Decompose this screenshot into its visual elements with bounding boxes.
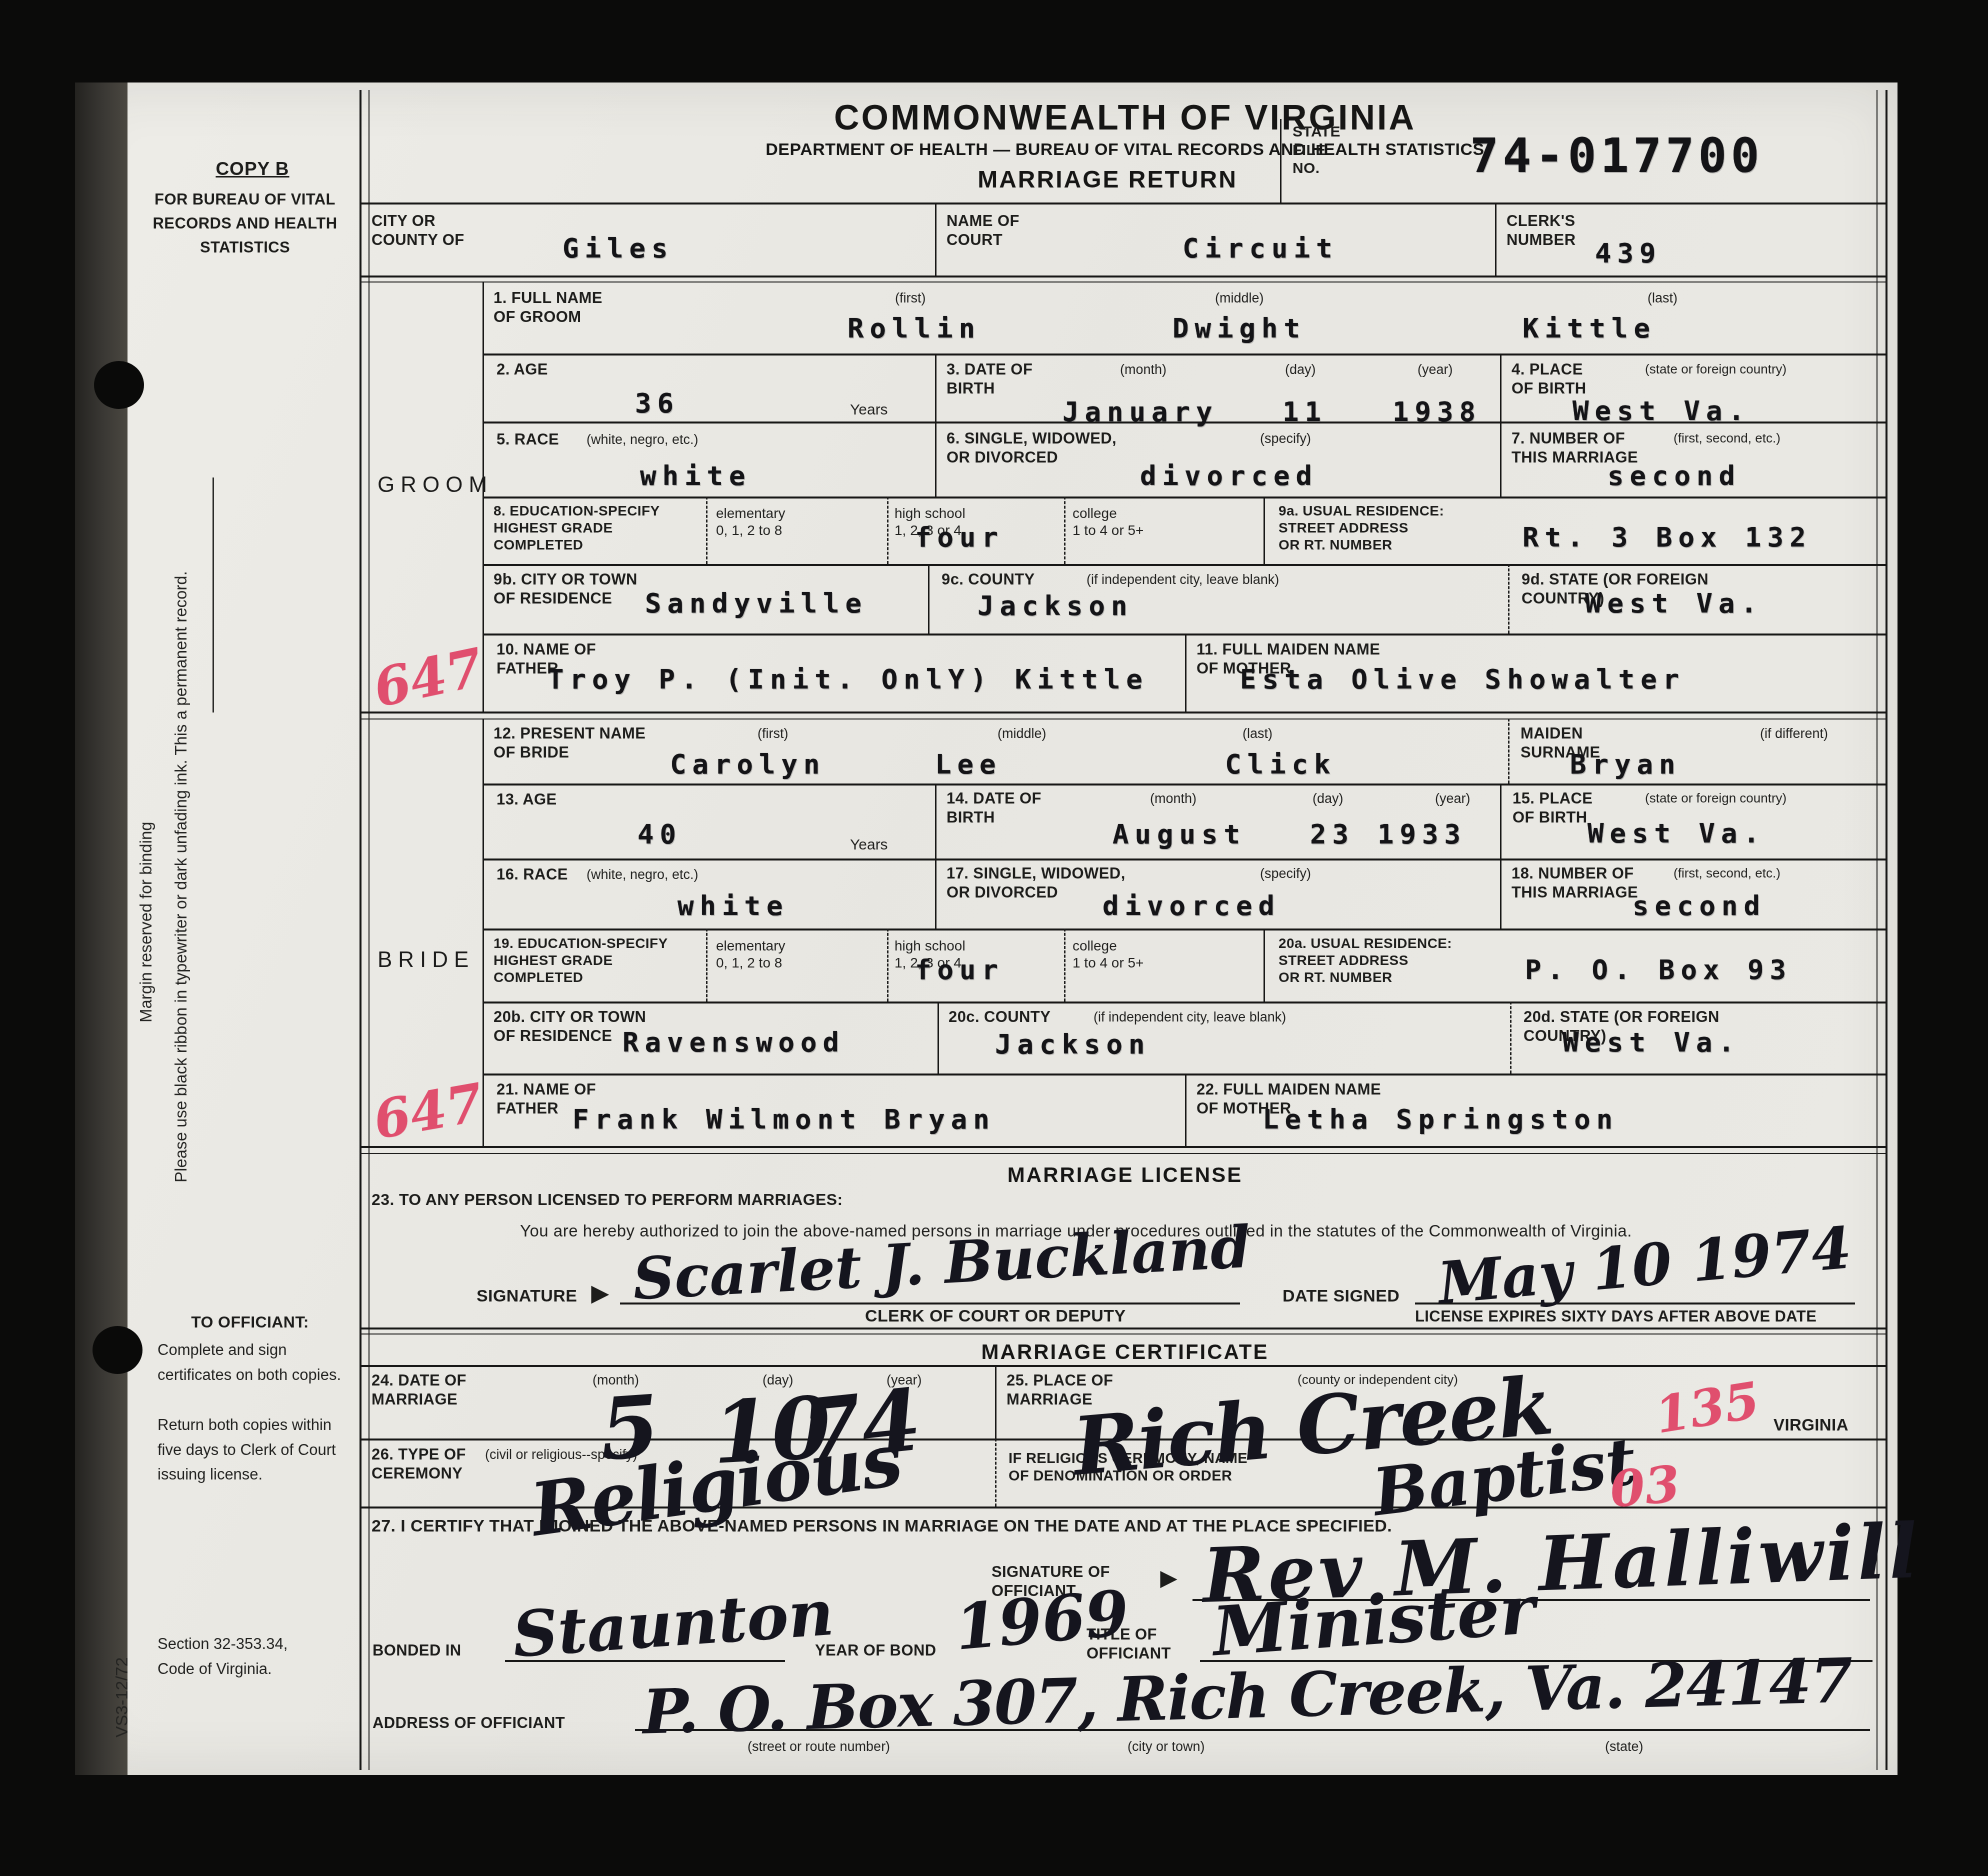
field-groom-pob: West Va.: [1572, 397, 1750, 424]
officiant-note-1: Complete and sign certificates on both c…: [157, 1337, 347, 1387]
groom-age-unit: Years: [850, 401, 888, 419]
scanned-marriage-return: { "left_margin": { "copy_title": "COPY B…: [0, 0, 1988, 1876]
groom-edu-elementary: elementary 0, 1, 2 to 8: [716, 505, 785, 538]
field-bonded-in: Staunton: [511, 1585, 835, 1663]
field-groom-state: West Va.: [1585, 590, 1763, 617]
state-file-label: STATE FILE NO.: [1292, 123, 1340, 178]
bride-county-label: 20c. COUNTY: [948, 1007, 1050, 1026]
field-court: Circuit: [1182, 235, 1338, 262]
address-label: ADDRESS OF OFFICIANT: [372, 1713, 565, 1732]
field-bride-dob-day: 23: [1310, 821, 1354, 848]
bride-name-label: 12. PRESENT NAME OF BRIDE: [493, 724, 645, 762]
bride-number-label: 18. NUMBER OF THIS MARRIAGE: [1511, 864, 1638, 902]
field-groom-mother: Esta Olive Showalter: [1240, 666, 1685, 693]
bride-first-hint: (first): [757, 725, 788, 741]
groom-name-label: 1. FULL NAME OF GROOM: [493, 288, 602, 326]
form-left-border-inner: [368, 90, 369, 1770]
bride-race-label: 16. RACE: [496, 865, 568, 884]
bride-number-hint: (first, second, etc.): [1673, 865, 1780, 881]
officiant-note-2: Return both copies within five days to C…: [157, 1412, 347, 1487]
bride-status-label: 17. SINGLE, WIDOWED, OR DIVORCED: [946, 864, 1125, 902]
document-paper: COPY B FOR BUREAU OF VITAL RECORDS AND H…: [75, 82, 1897, 1775]
field-bride-last: Click: [1225, 751, 1336, 778]
groom-race-label: 5. RACE: [496, 430, 559, 449]
copy-subtitle: FOR BUREAU OF VITAL RECORDS AND HEALTH S…: [135, 187, 355, 259]
field-groom-residence: Rt. 3 Box 132: [1522, 524, 1812, 551]
bride-dob-label: 14. DATE OF BIRTH: [946, 789, 1041, 827]
groom-status-label: 6. SINGLE, WIDOWED, OR DIVORCED: [946, 429, 1116, 467]
denomination-code: 03: [1608, 1461, 1681, 1512]
field-groom-father: Troy P. (Init. OnlY) Kittle: [547, 666, 1148, 693]
field-bride-county: Jackson: [995, 1031, 1151, 1058]
bride-maiden-hint: (if different): [1760, 725, 1828, 741]
field-bride-dob-month: August: [1112, 821, 1246, 848]
field-clerk-number: 439: [1595, 240, 1662, 267]
groom-status-hint: (specify): [1260, 430, 1311, 446]
bride-residence-label: 20a. USUAL RESIDENCE: STREET ADDRESS OR …: [1278, 935, 1452, 986]
city-county-label: CITY OR COUNTY OF: [371, 211, 464, 249]
groom-middle-hint: (middle): [1215, 290, 1264, 306]
field-groom-dob-month: January: [1062, 398, 1218, 425]
groom-age-label: 2. AGE: [496, 360, 548, 379]
field-city-county: Giles: [562, 235, 674, 262]
field-bride-state: West Va.: [1562, 1029, 1740, 1056]
form-code: VS3-12/72: [112, 1572, 132, 1737]
field-groom-middle: Dwight: [1172, 315, 1306, 342]
state-file-number: 74-017700: [1470, 132, 1763, 180]
groom-pob-label: 4. PLACE OF BIRTH: [1511, 360, 1586, 398]
field-groom-dob-year: 1938: [1392, 398, 1481, 425]
left-margin-column: COPY B FOR BUREAU OF VITAL RECORDS AND H…: [127, 82, 362, 1775]
place-code: 135: [1652, 1377, 1762, 1438]
field-bride-middle: Lee: [935, 751, 1002, 778]
groom-last-hint: (last): [1647, 290, 1677, 306]
code-reference: Section 32-353.34, Code of Virginia.: [157, 1631, 347, 1681]
groom-number-hint: (first, second, etc.): [1673, 430, 1780, 446]
bride-edu-college: college 1 to 4 or 5+: [1072, 937, 1143, 971]
bride-middle-hint: (middle): [997, 725, 1046, 741]
field-groom-status: divorced: [1140, 462, 1318, 489]
field-bride-race: white: [677, 892, 789, 919]
field-groom-first: Rollin: [847, 315, 981, 342]
groom-pob-hint: (state or foreign country): [1645, 361, 1786, 377]
bride-year-hint: (year): [1435, 790, 1470, 806]
ribbon-note-underline: [212, 477, 214, 712]
groom-year-hint: (year): [1417, 361, 1453, 377]
field-bride-status: divorced: [1102, 892, 1280, 919]
field-groom-county: Jackson: [977, 592, 1133, 619]
bride-section-label: BRIDE: [377, 947, 474, 972]
groom-county-hint: (if independent city, leave blank): [1086, 571, 1279, 587]
clerk-caption: CLERK OF COURT OR DEPUTY: [865, 1306, 1126, 1326]
marriage-return-form: COMMONWEALTH OF VIRGINIA DEPARTMENT OF H…: [362, 90, 1887, 1770]
ceremony-label: 26. TYPE OF CEREMONY: [371, 1445, 466, 1483]
field-bride-residence: P. O. Box 93: [1525, 956, 1792, 983]
bride-margin-code: 647: [370, 1078, 486, 1144]
address-city-hint: (city or town): [1127, 1738, 1205, 1754]
field-groom-race: white: [640, 462, 751, 489]
clerk-number-label: CLERK'S NUMBER: [1506, 211, 1575, 249]
field-bond-year: 1969: [953, 1585, 1131, 1656]
signature-label: SIGNATURE: [476, 1286, 577, 1306]
field-groom-number: second: [1607, 462, 1741, 489]
bride-pob-label: 15. PLACE OF BIRTH: [1512, 789, 1592, 827]
officiant-arrow-icon: ▶: [1160, 1565, 1177, 1590]
field-bride-father: Frank Wilmont Bryan: [572, 1106, 995, 1133]
binding-note: Margin reserved for binding: [136, 522, 155, 1022]
field-bride-mother: Letha Springston: [1262, 1106, 1618, 1133]
groom-first-hint: (first): [895, 290, 925, 306]
bride-status-hint: (specify): [1260, 865, 1311, 881]
bride-month-hint: (month): [1150, 790, 1196, 806]
court-label: NAME OF COURT: [946, 211, 1019, 249]
bride-edu-elementary: elementary 0, 1, 2 to 8: [716, 937, 785, 971]
bride-age-unit: Years: [850, 836, 888, 854]
groom-section-label: GROOM: [377, 472, 493, 497]
bonded-label: BONDED IN: [372, 1641, 461, 1660]
virginia-label: VIRGINIA: [1773, 1415, 1848, 1435]
field-groom-city: Sandyville: [645, 590, 867, 617]
field-groom-edu: four: [915, 524, 1004, 551]
field-bride-maiden: Bryan: [1570, 751, 1681, 778]
field-bride-dob-year: 1933: [1377, 821, 1466, 848]
groom-dob-label: 3. DATE OF BIRTH: [946, 360, 1032, 398]
groom-residence-label: 9a. USUAL RESIDENCE: STREET ADDRESS OR R…: [1278, 502, 1444, 553]
marriage-date-label: 24. DATE OF MARRIAGE: [371, 1371, 466, 1409]
bride-race-hint: (white, negro, etc.): [586, 866, 698, 882]
ribbon-note: Please use black ribbon in typewriter or…: [171, 432, 190, 1182]
officiant-note-title: TO OFFICIANT:: [157, 1312, 342, 1332]
groom-edu-college: college 1 to 4 or 5+: [1072, 505, 1143, 538]
groom-edu-label: 8. EDUCATION-SPECIFY HIGHEST GRADE COMPL…: [493, 502, 660, 553]
groom-margin-code: 647: [370, 643, 487, 712]
bride-county-hint: (if independent city, leave blank): [1093, 1009, 1286, 1025]
field-bride-age: 40: [637, 821, 682, 848]
bride-pob-hint: (state or foreign country): [1645, 790, 1786, 806]
field-bride-number: second: [1632, 892, 1766, 919]
date-signed-label: DATE SIGNED: [1282, 1286, 1399, 1306]
form-left-border: [359, 90, 361, 1770]
bride-last-hint: (last): [1242, 725, 1272, 741]
groom-county-label: 9c. COUNTY: [941, 570, 1035, 589]
field-officiant-title: Minister: [1211, 1579, 1537, 1662]
field-groom-dob-day: 11: [1282, 398, 1327, 425]
bride-age-label: 13. AGE: [496, 790, 557, 809]
field-bride-first: Carolyn: [670, 751, 826, 778]
field-bride-city: Ravenswood: [622, 1029, 845, 1056]
field-officiant-address: P. O. Box 307, Rich Creek, Va. 24147: [642, 1653, 1852, 1739]
groom-city-label: 9b. CITY OR TOWN OF RESIDENCE: [493, 570, 637, 608]
bride-edu-label: 19. EDUCATION-SPECIFY HIGHEST GRADE COMP…: [493, 935, 668, 986]
license-title: MARRIAGE LICENSE: [362, 1163, 1887, 1187]
signature-arrow-icon: ▶: [591, 1280, 608, 1307]
groom-month-hint: (month): [1120, 361, 1166, 377]
field-bride-edu: four: [915, 956, 1004, 983]
address-state-hint: (state): [1605, 1738, 1643, 1754]
license-item23: 23. TO ANY PERSON LICENSED TO PERFORM MA…: [371, 1190, 843, 1209]
field-groom-age: 36: [635, 390, 679, 417]
copy-title: COPY B: [172, 157, 332, 180]
binding-edge: [75, 82, 127, 1775]
field-groom-last: Kittle: [1522, 315, 1656, 342]
groom-race-hint: (white, negro, etc.): [586, 431, 698, 447]
field-bride-pob: West Va.: [1587, 820, 1765, 847]
groom-day-hint: (day): [1285, 361, 1316, 377]
bride-day-hint: (day): [1312, 790, 1343, 806]
certificate-title: MARRIAGE CERTIFICATE: [362, 1340, 1887, 1364]
